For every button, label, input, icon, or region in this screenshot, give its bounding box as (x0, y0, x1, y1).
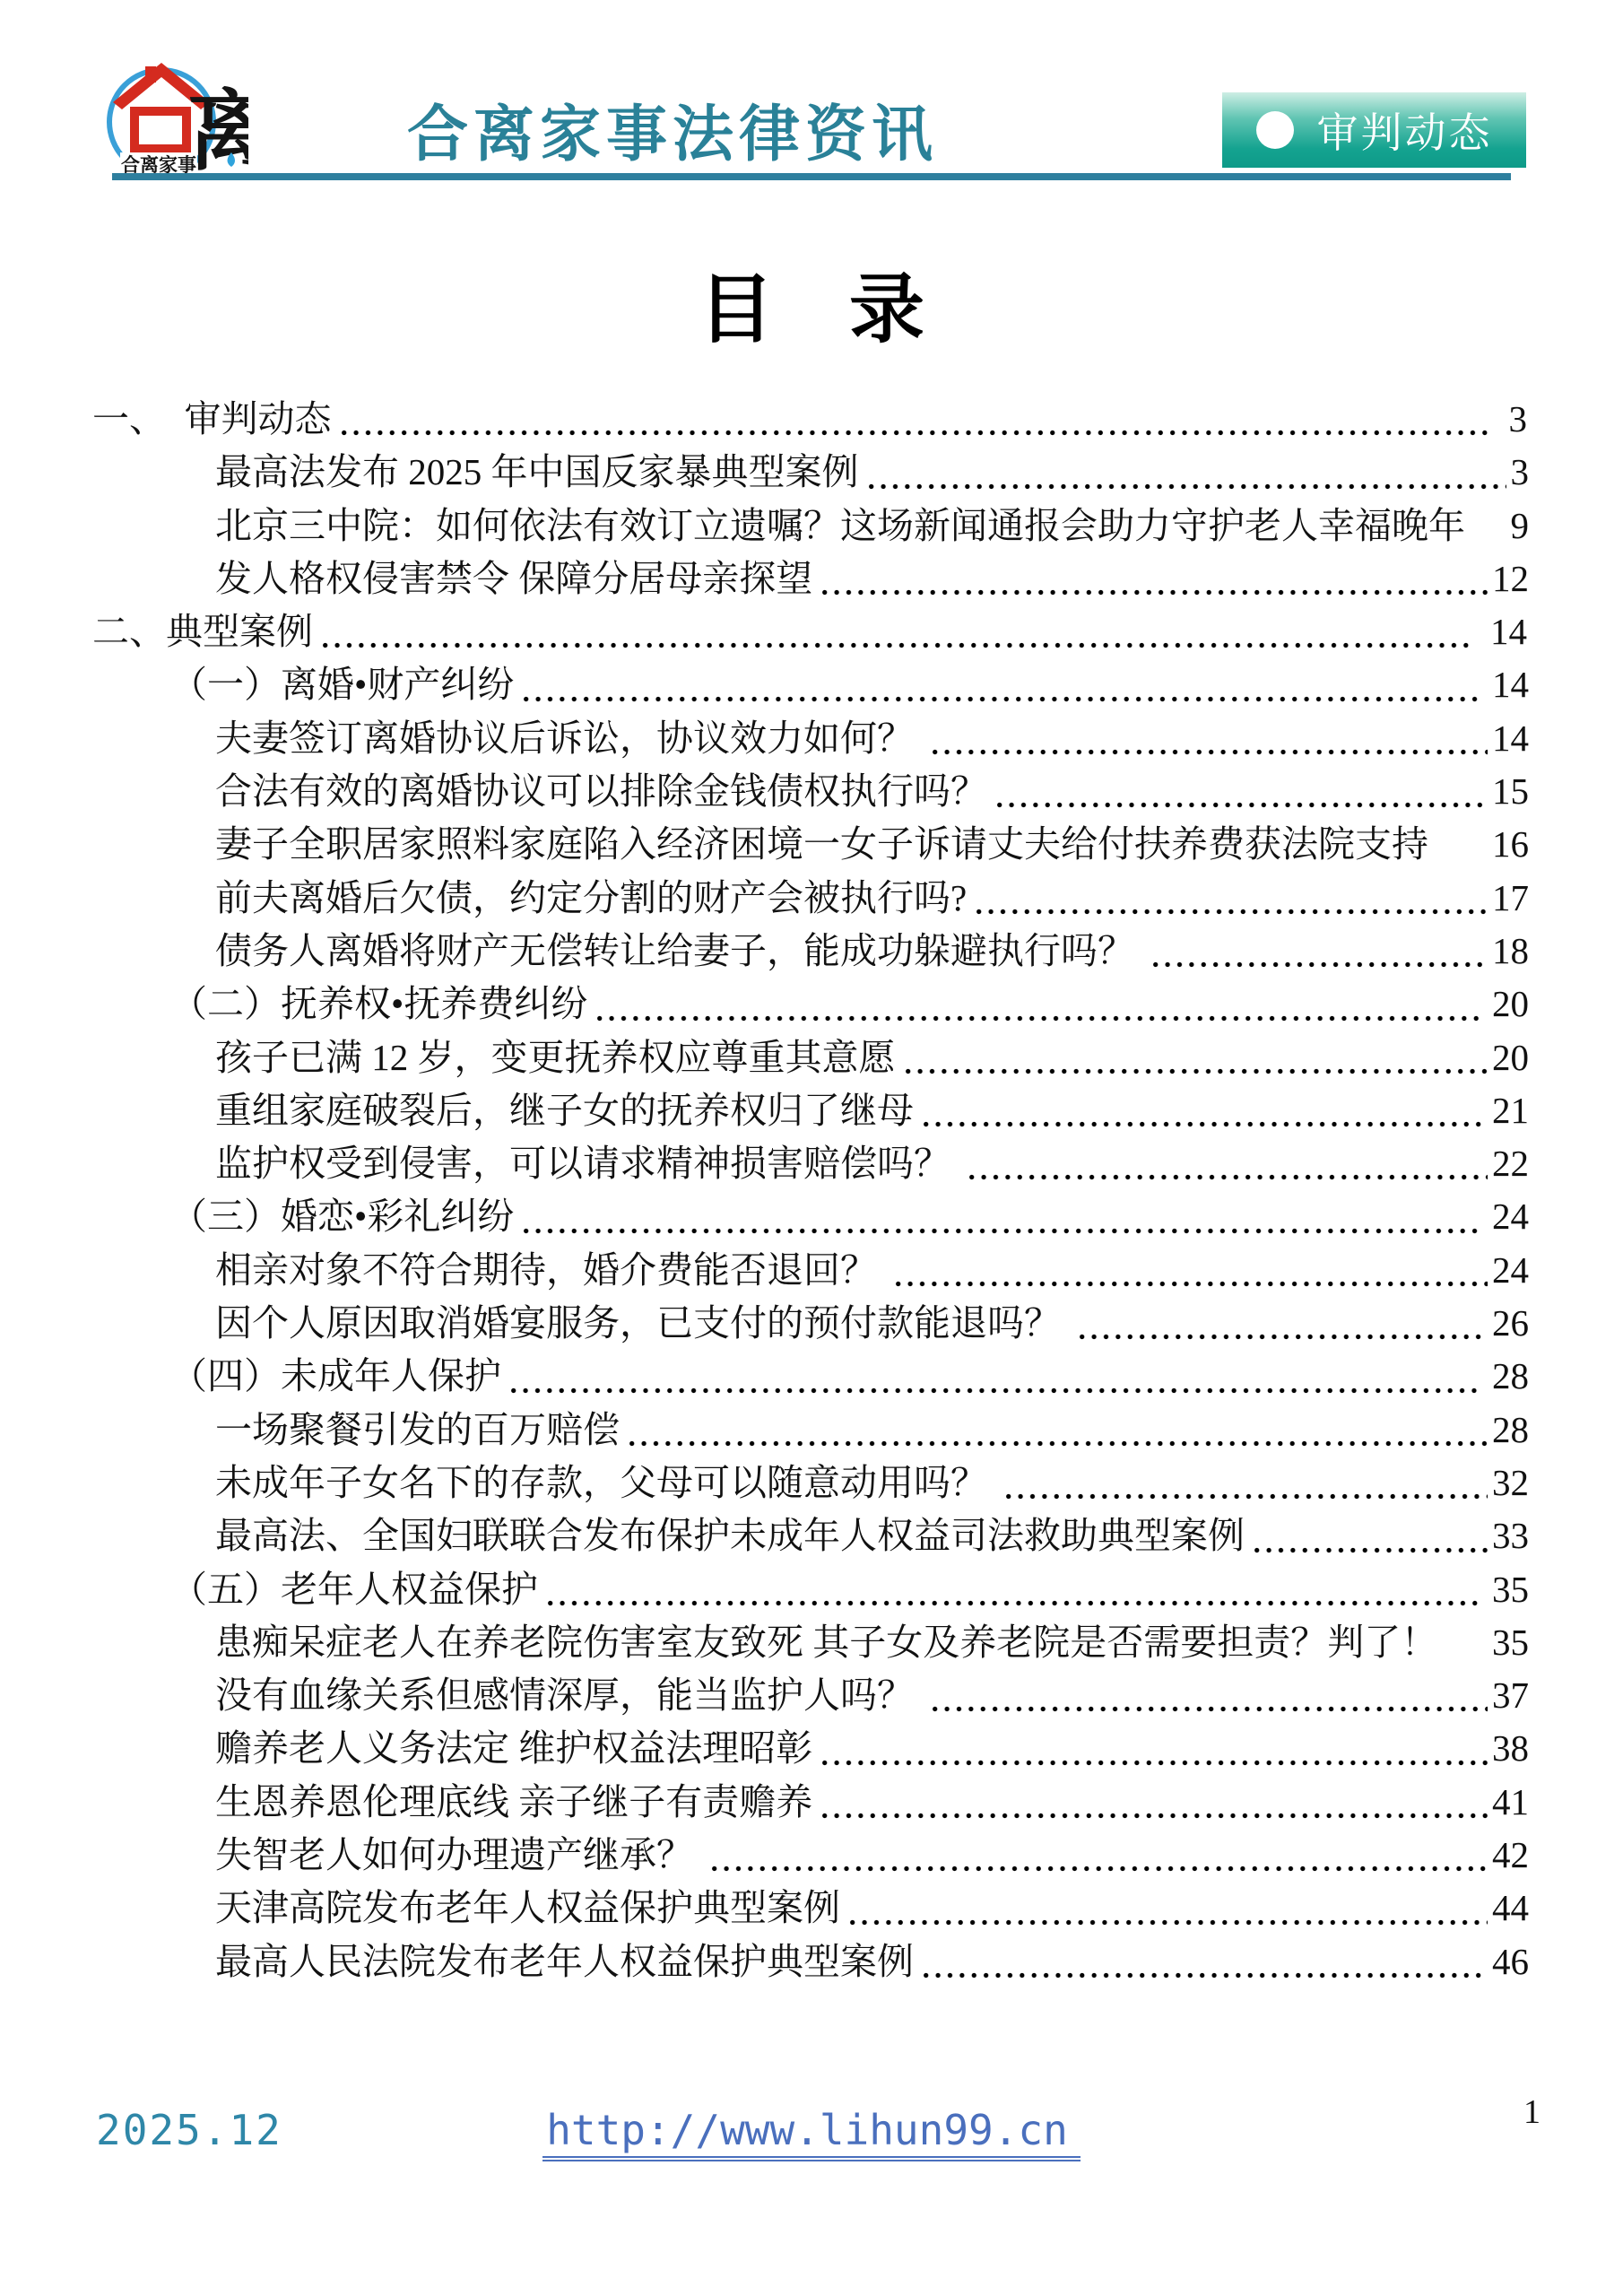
toc-entry-page-number: 22 (1492, 1137, 1529, 1190)
toc-entry-title: 合法有效的离婚协议可以排除金钱债权执行吗？ (215, 765, 987, 818)
dot-leader (1002, 1457, 1488, 1509)
toc-entry-title: 因个人原因取消婚宴服务，已支付的预付款能退吗？ (215, 1297, 1070, 1350)
dot-leader (994, 765, 1488, 818)
dot-leader (929, 712, 1488, 765)
heli-logo-graphic: 离 合离家事 (100, 47, 248, 186)
dot-leader (1076, 1297, 1488, 1350)
toc-entry[interactable]: 发人格权侵害禁令 保障分居母亲探望 12 (92, 552, 1529, 605)
toc-entry-page-number: 38 (1492, 1722, 1529, 1775)
toc-entry-page-number: 14 (1490, 605, 1527, 658)
toc-entry[interactable]: 债务人离婚将财产无偿转让给妻子，能成功躲避执行吗？ 18 (92, 925, 1529, 978)
dot-leader (966, 1137, 1488, 1190)
toc-entry[interactable]: 没有血缘关系但感情深厚，能当监护人吗？ 37 (92, 1669, 1529, 1722)
toc-entry-title: 一、 审判动态 (92, 393, 332, 446)
toc-entry-title: 未成年子女名下的存款，父母可以随意动用吗？ (215, 1457, 996, 1509)
toc-entry[interactable]: 天津高院发布老年人权益保护典型案例 44 (92, 1882, 1529, 1935)
dot-leader (819, 552, 1488, 605)
toc-entry[interactable]: 孩子已满 12 岁，变更抚养权应尊重其意愿 20 (92, 1031, 1529, 1084)
logo-mouth (135, 111, 187, 149)
toc-entry-title: 妻子全职居家照料家庭陷入经济困境一女子诉请丈夫给付扶养费获法院支持 (215, 818, 1428, 871)
toc-entry-page-number: 35 (1492, 1616, 1529, 1669)
toc-entry-title: 二、典型案例 (92, 605, 313, 658)
dot-leader (1444, 1616, 1488, 1669)
dot-leader (920, 1935, 1488, 1988)
toc-entry-page-number: 28 (1492, 1350, 1529, 1403)
toc-entry[interactable]: 最高法发布 2025 年中国反家暴典型案例 3 (92, 446, 1529, 499)
toc-entry[interactable]: 合法有效的离婚协议可以排除金钱债权执行吗？ 15 (92, 765, 1529, 818)
toc-entry[interactable]: 妻子全职居家照料家庭陷入经济困境一女子诉请丈夫给付扶养费获法院支持 16 (92, 818, 1529, 871)
website-link-wrap: http://www.lihun99.cn (0, 2106, 1623, 2154)
toc-entry-page-number: 14 (1492, 658, 1529, 711)
toc-entry-title: （二）抚养权•抚养费纠纷 (170, 978, 587, 1031)
dot-leader (902, 1031, 1488, 1084)
toc-entry-title: （一）离婚•财产纠纷 (170, 658, 514, 711)
dot-leader (338, 393, 1493, 446)
toc-entry-page-number: 35 (1492, 1563, 1529, 1616)
toc-entry-page-number: 18 (1492, 925, 1529, 978)
toc-entry-title: 重组家庭破裂后，继子女的抚养权归了继母 (215, 1084, 914, 1137)
toc-entry-page-number: 17 (1492, 872, 1529, 925)
toc-entry-title: 前夫离婚后欠债，约定分割的财产会被执行吗? (215, 872, 967, 925)
dot-leader (920, 1084, 1488, 1137)
toc-entry[interactable]: 相亲对象不符合期待，婚介费能否退回？ 24 (92, 1244, 1529, 1297)
document-page: 离 合离家事 合离家事法律资讯 审判动态 目 录 一、 审判动态 3 最高法发布… (0, 0, 1623, 2296)
toc-list: 一、 审判动态 3 最高法发布 2025 年中国反家暴典型案例 3 北京三中院：… (92, 393, 1529, 1988)
toc-entry[interactable]: （四）未成年人保护 28 (92, 1350, 1529, 1403)
toc-entry-title: 生恩养恩伦理底线 亲子继子有责赡养 (215, 1776, 812, 1829)
toc-entry[interactable]: 一场聚餐引发的百万赔偿 28 (92, 1404, 1529, 1457)
toc-entry-title: 债务人离婚将财产无偿转让给妻子，能成功躲避执行吗？ (215, 925, 1143, 978)
toc-entry[interactable]: 生恩养恩伦理底线 亲子继子有责赡养 41 (92, 1776, 1529, 1829)
toc-entry[interactable]: （五）老年人权益保护 35 (92, 1563, 1529, 1616)
toc-entry[interactable]: 一、 审判动态 3 (92, 393, 1529, 446)
toc-entry[interactable]: 最高法、全国妇联联合发布保护未成年人权益司法救助典型案例 33 (92, 1509, 1529, 1562)
toc-entry[interactable]: 重组家庭破裂后，继子女的抚养权归了继母 21 (92, 1084, 1529, 1137)
toc-entry[interactable]: 前夫离婚后欠债，约定分割的财产会被执行吗? 17 (92, 872, 1529, 925)
dot-leader (1471, 500, 1506, 552)
toc-entry-title: （三）婚恋•彩礼纠纷 (170, 1190, 514, 1243)
logo: 离 合离家事 (100, 47, 248, 186)
toc-entry-title: 北京三中院：如何依法有效订立遗嘱？这场新闻通报会助力守护老人幸福晚年 (215, 500, 1465, 552)
dot-leader (1435, 818, 1488, 871)
toc-entry-title: 失智老人如何办理遗产继承？ (215, 1829, 702, 1882)
toc-entry-page-number: 20 (1492, 978, 1529, 1031)
toc-entry-title: （四）未成年人保护 (170, 1350, 501, 1403)
section-badge: 审判动态 (1222, 92, 1526, 168)
toc-entry-page-number: 32 (1492, 1457, 1529, 1509)
dot-leader (846, 1882, 1488, 1935)
dot-leader (508, 1350, 1480, 1403)
toc-entry[interactable]: （三）婚恋•彩礼纠纷 24 (92, 1190, 1529, 1243)
dot-leader (892, 1244, 1488, 1297)
toc-entry-title: 相亲对象不符合期待，婚介费能否退回？ (215, 1244, 886, 1297)
dot-leader (1251, 1509, 1488, 1562)
dot-leader (520, 658, 1480, 711)
header-divider (112, 173, 1511, 180)
toc-entry-title: 一场聚餐引发的百万赔偿 (215, 1404, 620, 1457)
toc-entry-page-number: 26 (1492, 1297, 1529, 1350)
toc-entry-title: 患痴呆症老人在养老院伤害室友致死 其子女及养老院是否需要担责？判了！ (215, 1616, 1437, 1669)
dot-leader (708, 1829, 1488, 1882)
toc-entry-page-number: 24 (1492, 1190, 1529, 1243)
dot-leader (520, 1190, 1480, 1243)
toc-entry-page-number: 24 (1492, 1244, 1529, 1297)
dot-leader (626, 1404, 1488, 1457)
toc-entry[interactable]: 未成年子女名下的存款，父母可以随意动用吗？ 32 (92, 1457, 1529, 1509)
toc-entry-page-number: 14 (1492, 712, 1529, 765)
toc-entry-page-number: 20 (1492, 1031, 1529, 1084)
toc-entry-page-number: 3 (1511, 446, 1530, 499)
toc-entry-page-number: 42 (1492, 1829, 1529, 1882)
dot-leader (973, 872, 1488, 925)
toc-entry-title: 监护权受到侵害，可以请求精神损害赔偿吗？ (215, 1137, 959, 1190)
newsletter-title: 合离家事法律资讯 (395, 86, 950, 173)
toc-entry-page-number: 3 (1509, 393, 1528, 446)
toc-entry-title: 赡养老人义务法定 维护权益法理昭彰 (215, 1722, 812, 1775)
toc-entry[interactable]: （二）抚养权•抚养费纠纷 20 (92, 978, 1529, 1031)
toc-entry-title: （五）老年人权益保护 (170, 1563, 538, 1616)
toc-entry-title: 没有血缘关系但感情深厚，能当监护人吗？ (215, 1669, 923, 1722)
toc-entry-title: 孩子已满 12 岁，变更抚养权应尊重其意愿 (215, 1031, 896, 1084)
bullet-circle-icon (1256, 111, 1294, 149)
toc-entry[interactable]: 失智老人如何办理遗产继承？ 42 (92, 1829, 1529, 1882)
toc-entry-page-number: 16 (1492, 818, 1529, 871)
toc-entry[interactable]: 最高人民法院发布老年人权益保护典型案例 46 (92, 1935, 1529, 1988)
toc-entry-page-number: 12 (1492, 552, 1529, 605)
toc-entry[interactable]: 监护权受到侵害，可以请求精神损害赔偿吗？ 22 (92, 1137, 1529, 1190)
toc-entry[interactable]: 二、典型案例 14 (92, 605, 1529, 658)
website-link[interactable]: http://www.lihun99.cn (542, 2106, 1081, 2161)
toc-entry-page-number: 9 (1511, 500, 1530, 552)
toc-entry[interactable]: 北京三中院：如何依法有效订立遗嘱？这场新闻通报会助力守护老人幸福晚年 9 (92, 500, 1529, 552)
dot-leader (1150, 925, 1488, 978)
toc-entry[interactable]: （一）离婚•财产纠纷 14 (92, 658, 1529, 711)
toc-entry-page-number: 46 (1492, 1935, 1529, 1988)
toc-entry-title: 发人格权侵害禁令 保障分居母亲探望 (215, 552, 812, 605)
toc-entry-title: 最高法发布 2025 年中国反家暴典型案例 (215, 446, 859, 499)
toc-entry-page-number: 15 (1492, 765, 1529, 818)
toc-entry-page-number: 21 (1492, 1084, 1529, 1137)
toc-entry[interactable]: 赡养老人义务法定 维护权益法理昭彰 38 (92, 1722, 1529, 1775)
page-number: 1 (1523, 2092, 1541, 2132)
toc-entry-page-number: 28 (1492, 1404, 1529, 1457)
dot-leader (319, 605, 1474, 658)
badge-label: 审判动态 (1317, 100, 1493, 160)
dot-leader (544, 1563, 1480, 1616)
toc-entry[interactable]: 患痴呆症老人在养老院伤害室友致死 其子女及养老院是否需要担责？判了！ 35 (92, 1616, 1529, 1669)
toc-entry-page-number: 33 (1492, 1509, 1529, 1562)
toc-entry-title: 最高法、全国妇联联合发布保护未成年人权益司法救助典型案例 (215, 1509, 1245, 1562)
dot-leader (819, 1722, 1488, 1775)
toc-title: 目 录 (0, 249, 1623, 358)
toc-entry[interactable]: 夫妻签订离婚协议后诉讼，协议效力如何？ 14 (92, 712, 1529, 765)
dot-leader (929, 1669, 1488, 1722)
toc-entry-page-number: 44 (1492, 1882, 1529, 1935)
toc-entry[interactable]: 因个人原因取消婚宴服务，已支付的预付款能退吗？ 26 (92, 1297, 1529, 1350)
toc-entry-title: 最高人民法院发布老年人权益保护典型案例 (215, 1935, 914, 1988)
toc-entry-title: 夫妻签订离婚协议后诉讼，协议效力如何？ (215, 712, 923, 765)
dot-leader (594, 978, 1480, 1031)
toc-entry-page-number: 41 (1492, 1776, 1529, 1829)
dot-leader (865, 446, 1506, 499)
toc-entry-page-number: 37 (1492, 1669, 1529, 1722)
dot-leader (819, 1776, 1488, 1829)
toc-entry-title: 天津高院发布老年人权益保护典型案例 (215, 1882, 840, 1935)
